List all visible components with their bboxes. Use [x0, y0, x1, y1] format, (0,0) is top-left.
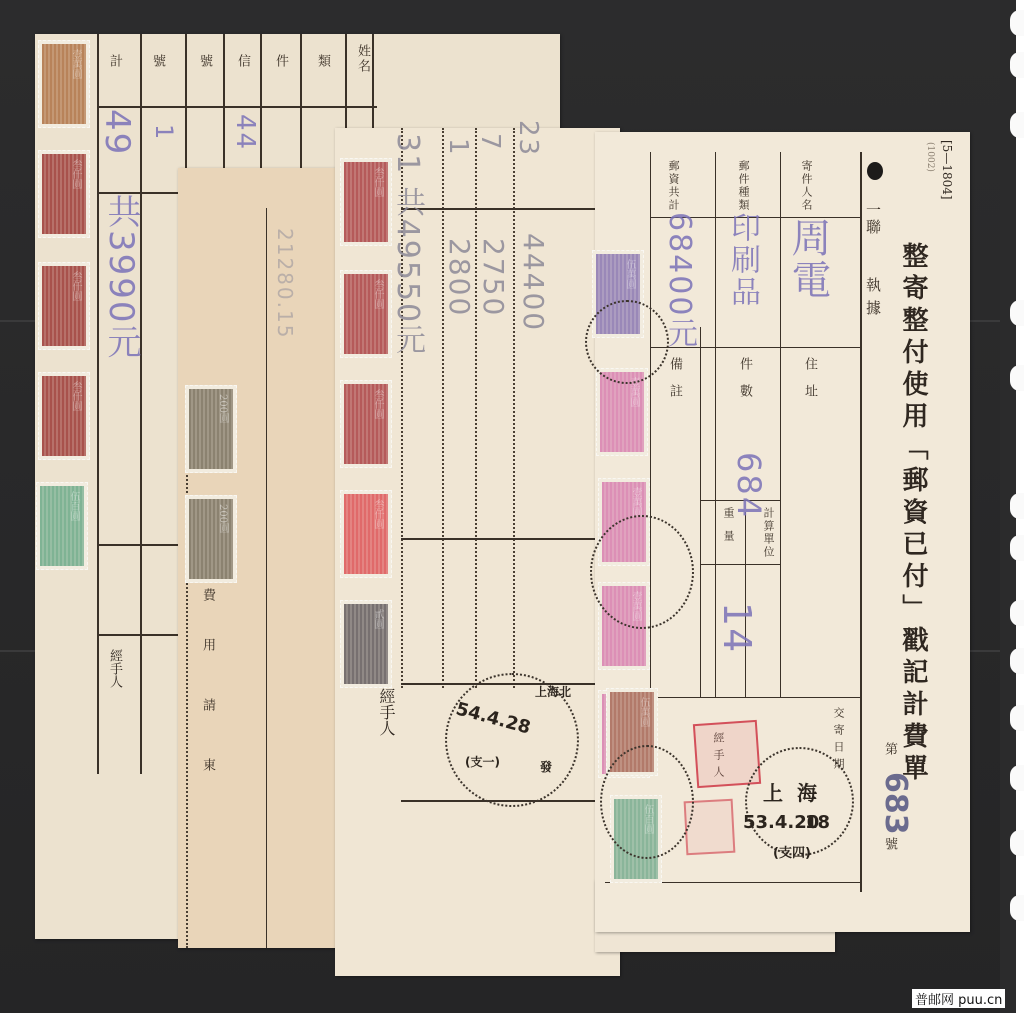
field-remarks-label: 備註	[665, 357, 684, 411]
punch-hole	[1010, 535, 1024, 561]
postage-stamp: 200圓	[185, 385, 237, 473]
tan-form-label: 請	[198, 698, 217, 713]
left-form-signature: 經手人	[105, 649, 124, 688]
postage-stamp: 叁仟圓	[340, 380, 392, 468]
middle-form-row: 23	[513, 120, 543, 157]
punch-hole	[1010, 600, 1024, 626]
field-count-label: 件數	[735, 357, 754, 411]
stamp-denomination: 叁仟圓	[370, 499, 385, 529]
postmark-office: 發	[540, 758, 552, 775]
stamp-denomination: 伍萬圓	[636, 697, 651, 727]
copy-label: 一聯	[863, 202, 884, 236]
stamp-denomination: 叁仟圓	[68, 159, 83, 189]
piece-count-value: 684	[730, 452, 768, 519]
middle-form-row: 7	[475, 133, 505, 152]
stamp-denomination: 壹萬圓	[68, 49, 83, 79]
stamp-denomination: 伍萬圓	[622, 259, 637, 289]
tan-form-note: 21280.15	[273, 228, 297, 339]
tan-form-label: 東	[198, 758, 217, 773]
postmark-on-stamp	[590, 515, 694, 629]
punch-hole-dot	[867, 162, 883, 180]
stamp-denomination: 壹萬圓	[628, 487, 643, 517]
mail-type-value: 印刷品	[720, 212, 764, 308]
punch-hole	[1010, 365, 1024, 391]
middle-form-value: 2800	[443, 238, 476, 317]
left-form-header: 號	[195, 54, 214, 69]
punch-hole	[1010, 895, 1024, 921]
middle-form-value: 2750	[477, 238, 510, 317]
punch-hole	[1010, 10, 1024, 36]
middle-form-signature: 經手人	[375, 688, 398, 736]
postage-stamp: 貳圓	[340, 600, 392, 688]
punch-hole	[1010, 648, 1024, 674]
postage-stamp: 壹萬圓	[38, 40, 90, 128]
watermark: 普邮网 puu.cn	[912, 989, 1005, 1008]
form-code: [5—1804]	[940, 140, 954, 200]
punch-hole	[1010, 300, 1024, 326]
left-form-mark: 1	[150, 124, 178, 141]
postage-stamp: 200圓	[185, 495, 237, 583]
postmark-hour: 18	[805, 812, 830, 833]
weight-value: 14	[715, 602, 759, 654]
left-form-header: 類	[313, 54, 332, 69]
postmark-city: 上海北	[535, 683, 571, 700]
middle-form-row: 1	[443, 138, 473, 157]
punch-hole	[1010, 112, 1024, 138]
sender-name-value: 周電	[780, 217, 837, 301]
punch-hole	[1010, 765, 1024, 791]
stamp-denomination: 200圓	[215, 394, 230, 423]
postage-stamp: 叁仟圓	[38, 372, 90, 460]
left-form-header: 件	[271, 54, 290, 69]
punch-hole	[1010, 493, 1024, 519]
punch-hole	[1010, 830, 1024, 856]
postage-stamp: 叁仟圓	[340, 158, 392, 246]
punch-hole	[1010, 705, 1024, 731]
left-form-header: 號	[148, 54, 167, 69]
middle-form-value: 44400	[517, 233, 550, 332]
stamp-denomination: 貳圓	[370, 609, 385, 629]
tan-form-label: 費	[198, 588, 217, 603]
stamp-denomination: 叁仟圓	[68, 271, 83, 301]
postmark-on-stamp	[585, 300, 669, 384]
field-postage-label: 郵資共計	[665, 160, 681, 212]
copy-type: 執據	[863, 277, 884, 323]
stamp-denomination: 叁仟圓	[370, 167, 385, 197]
postmark-city: 上海	[763, 777, 831, 806]
field-address-label: 住址	[800, 357, 819, 411]
left-form-header: 計	[105, 54, 124, 69]
postmark-branch: (支一)	[465, 753, 500, 770]
postage-stamp: 叁仟圓	[340, 490, 392, 578]
postage-stamp: 叁仟圓	[38, 150, 90, 238]
left-form-header: 姓名	[353, 44, 372, 74]
stamp-denomination: 200圓	[215, 504, 230, 533]
postmark-branch: (支四)	[773, 842, 811, 861]
stamp-denomination: 叁仟圓	[370, 389, 385, 419]
tan-form-label: 用	[198, 638, 217, 653]
serial-number: 683	[878, 772, 913, 835]
serial-suffix: 號	[880, 837, 899, 852]
stamp-denomination: 叁仟圓	[68, 381, 83, 411]
left-form-total: 共3990元	[97, 194, 146, 361]
postmark-on-stamp	[600, 745, 694, 859]
punch-hole	[1010, 52, 1024, 78]
field-sender-label: 寄件人名	[798, 160, 814, 212]
left-form-mark: 44	[230, 114, 260, 151]
form-title: 整寄整付使用「郵資已付」戳記計費單	[895, 242, 932, 786]
postage-stamp: 叁仟圓	[340, 270, 392, 358]
serial-prefix: 第	[880, 742, 899, 757]
postage-stamp: 伍百圓	[36, 482, 88, 570]
field-mail-type-label: 郵件種類	[735, 160, 751, 212]
postage-stamp: 叁仟圓	[38, 262, 90, 350]
stamp-denomination: 伍百圓	[66, 491, 81, 521]
left-form-header: 信	[233, 54, 252, 69]
left-form-count: 49	[97, 109, 137, 156]
form-subcode: (1002)	[925, 142, 935, 172]
stamp-denomination: 叁仟圓	[370, 279, 385, 309]
